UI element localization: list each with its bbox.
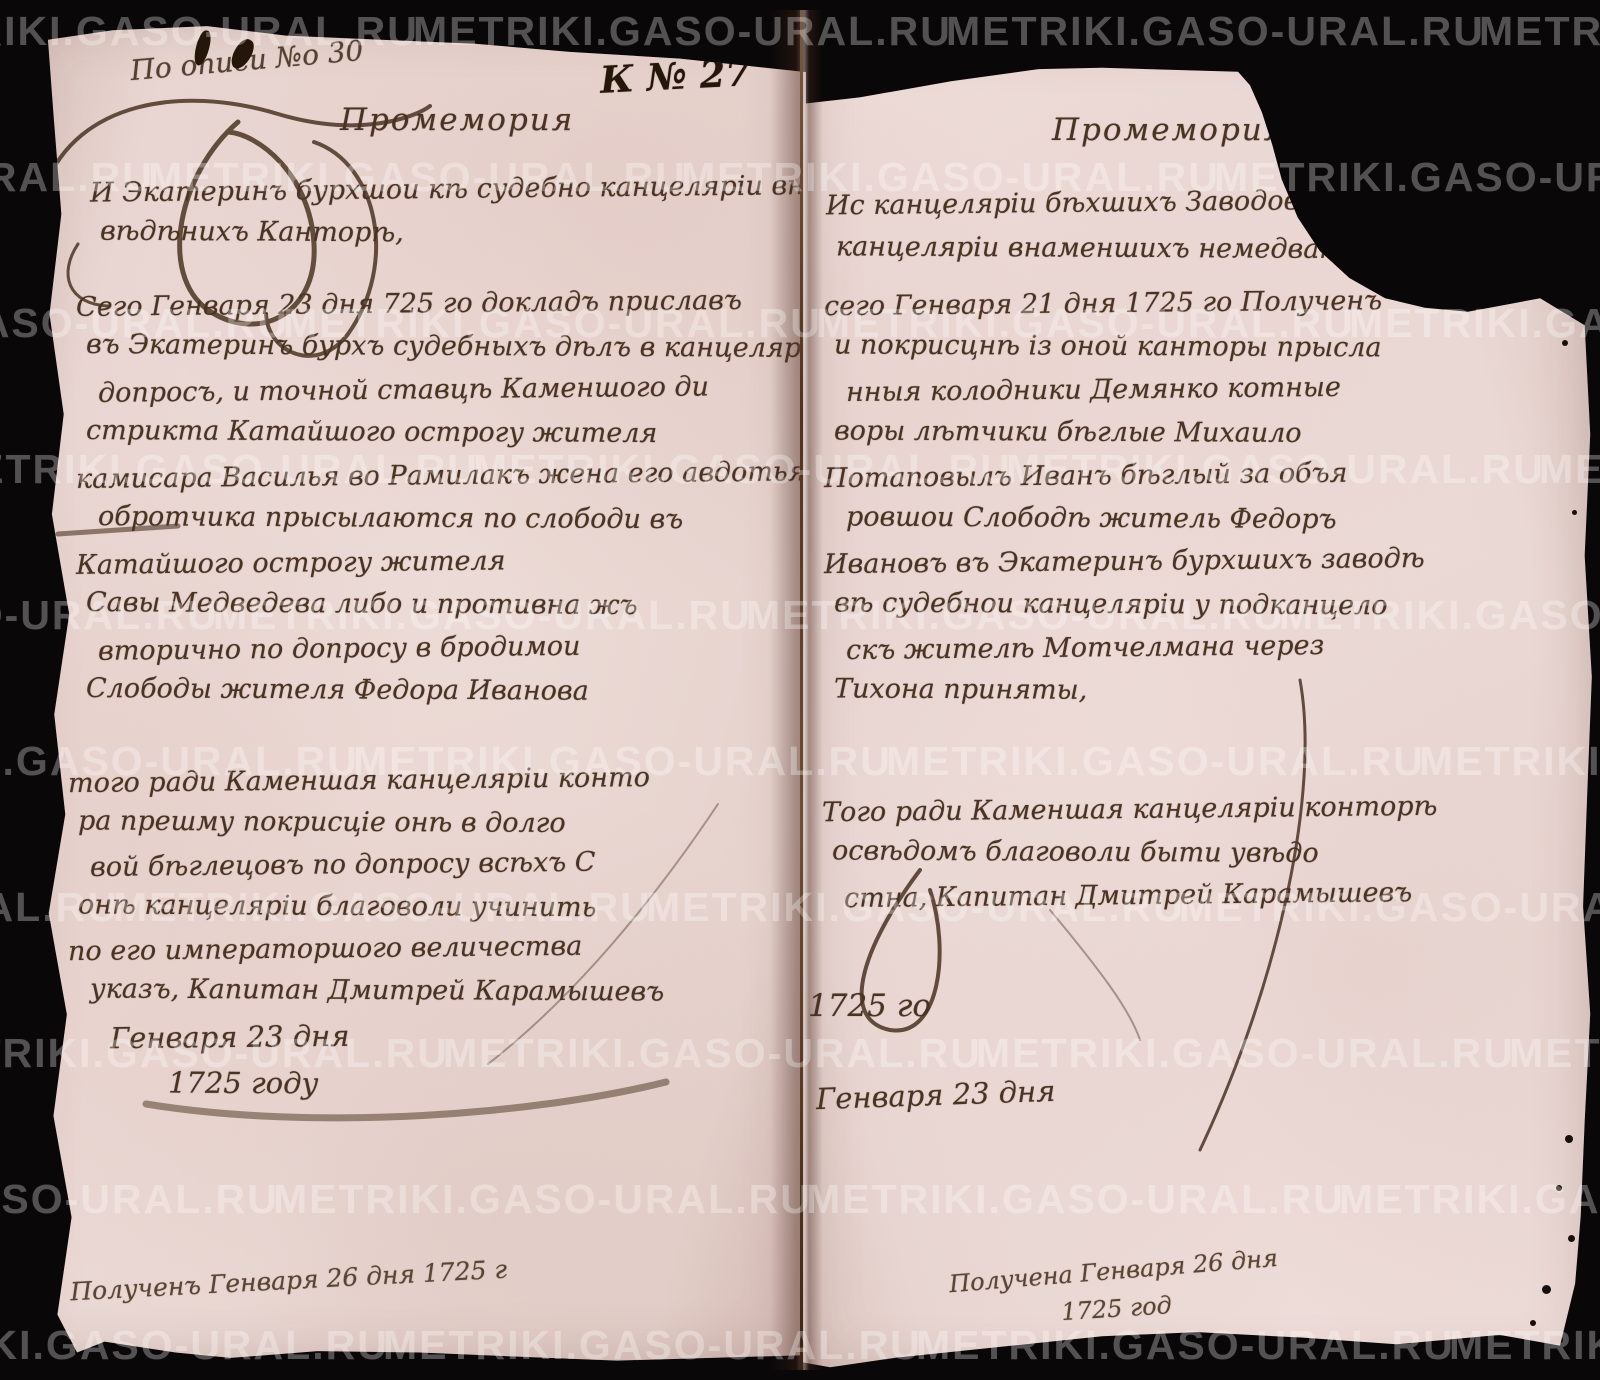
manuscript-line: ровшои Слободѣ житель Федоръ	[846, 495, 1425, 541]
manuscript-line: и покрисцнѣ із оной канторы прысла	[834, 323, 1425, 369]
manuscript-line: 1725 году	[168, 1060, 350, 1107]
manuscript-line: Ис канцеляріи бѣхшихъ Заводовъ, судебнои	[826, 177, 1467, 230]
manuscript-line: стрикта Катайшого острогу жителя	[86, 409, 827, 456]
manuscript-line: Савы Медведева либо и противна жъ	[86, 581, 827, 628]
watermark-text: METRIKI.GASO-URAL.RU	[946, 8, 1485, 55]
manuscript-line: нныя колодники Демянко котные	[846, 365, 1425, 414]
left-page-title: Промемория	[340, 102, 574, 138]
left-date: Генваря 23 дня1725 году	[110, 1014, 349, 1106]
right-received-note: Получена Генваря 26 дня1725 год	[948, 1241, 1282, 1340]
wormhole	[1556, 1185, 1562, 1191]
book-binding-fold	[770, 10, 832, 1370]
watermark-text: METRIKI.GASO-URAL.RU	[1479, 8, 1600, 55]
right-page: 84 Промемория 29 Ис канцеляріи бѣхшихъ З…	[800, 30, 1595, 1378]
manuscript-line: стна, Капитан Дмитрей Карамышевъ	[844, 871, 1438, 920]
manuscript-line: Сего Генваря 23 дня 725 го докладъ присл…	[76, 278, 828, 329]
manuscript-line: Тихона приняты,	[834, 667, 1425, 713]
left-body-paragraph-2: того ради Каменшая канцеляріи контора пр…	[68, 760, 664, 1012]
manuscript-line: Слободы жителя Федора Иванова	[86, 667, 827, 714]
manuscript-line: вѣ судебнои канцеляріи у подканцело	[834, 581, 1425, 627]
manuscript-line: того ради Каменшая канцеляріи конто	[68, 757, 665, 805]
wormhole	[1565, 1135, 1573, 1143]
manuscript-line: онѣ канцеляріи благоволи учинить	[78, 884, 664, 929]
left-page: По описи №о 30 К № 27 Промемория И Экате…	[18, 14, 806, 1366]
manuscript-line: допросъ, и точной ставцѣ Каменшого ди	[98, 364, 828, 415]
manuscript-line: по его императоршого величества	[68, 925, 665, 973]
manuscript-line: Потаповылъ Иванъ бѣглый за объя	[824, 451, 1425, 500]
wormhole	[1530, 1320, 1536, 1326]
left-body-paragraph-1: Сего Генваря 23 дня 725 го докладъ присл…	[76, 282, 827, 712]
manuscript-line: воры лѣтчики бѣглые Михаило	[834, 409, 1425, 455]
manuscript-line: скъ жителѣ Мотчелмана через	[846, 623, 1425, 672]
right-body-paragraph-1: сего Генваря 21 дня 1725 го Полученъи по…	[824, 282, 1425, 712]
wormhole	[1562, 340, 1568, 346]
manuscript-line: обротчика прысылаются по слободи въ	[98, 495, 827, 542]
manuscript-line: Того ради Каменшая канцеляріи конторѣ	[822, 785, 1438, 834]
manuscript-line: Генваря 23 дня	[110, 1013, 350, 1062]
left-received-note: Полученъ Генваря 26 дня 1725 г	[70, 1255, 508, 1307]
right-body-paragraph-2: Того ради Каменшая канцеляріи конторѣосв…	[822, 788, 1437, 917]
right-page-title: Промемория	[1052, 112, 1286, 148]
manuscript-line: Катайшого острогу жителя	[76, 536, 828, 587]
boxed-folio-mark: 29	[1378, 148, 1434, 184]
page-number: 84	[1276, 76, 1310, 107]
wormhole	[1542, 1285, 1551, 1294]
right-address-paragraph: Ис канцеляріи бѣхшихъ Заводовъ, судебнои…	[826, 180, 1466, 272]
manuscript-line: вторично по допросу в бродимои	[98, 622, 828, 673]
wormhole	[1570, 90, 1577, 97]
wormhole	[1568, 1235, 1575, 1242]
manuscript-line: канцеляріи внаменшихъ немедванито	[836, 224, 1466, 273]
manuscript-line: ра прешму покрисціе онѣ в долго	[78, 800, 664, 845]
manuscript-line: Ивановъ въ Экатеринъ бурхшихъ заводѣ	[824, 537, 1425, 586]
manuscript-scan: По описи №о 30 К № 27 Промемория И Экате…	[0, 0, 1600, 1380]
manuscript-line: въ Экатеринъ бурхъ судебныхъ дѣлъ в канц…	[86, 323, 827, 370]
book-number-mark: К № 27	[599, 50, 752, 102]
manuscript-line: указъ, Капитан Дмитрей Карамышевъ	[90, 968, 664, 1013]
manuscript-line: вой бѣглецовъ по допросу всѣхъ С	[90, 841, 665, 889]
right-date: Генваря 23 дня	[815, 1074, 1055, 1116]
manuscript-line: камисара Василья во Рамилакъ жена его ав…	[76, 450, 828, 501]
wormhole	[1572, 510, 1577, 515]
fold-crease	[800, 10, 803, 1370]
manuscript-line: сего Генваря 21 дня 1725 го Полученъ	[824, 279, 1425, 328]
manuscript-line: освѣдомъ благоволи быти увѣдо	[832, 829, 1438, 875]
